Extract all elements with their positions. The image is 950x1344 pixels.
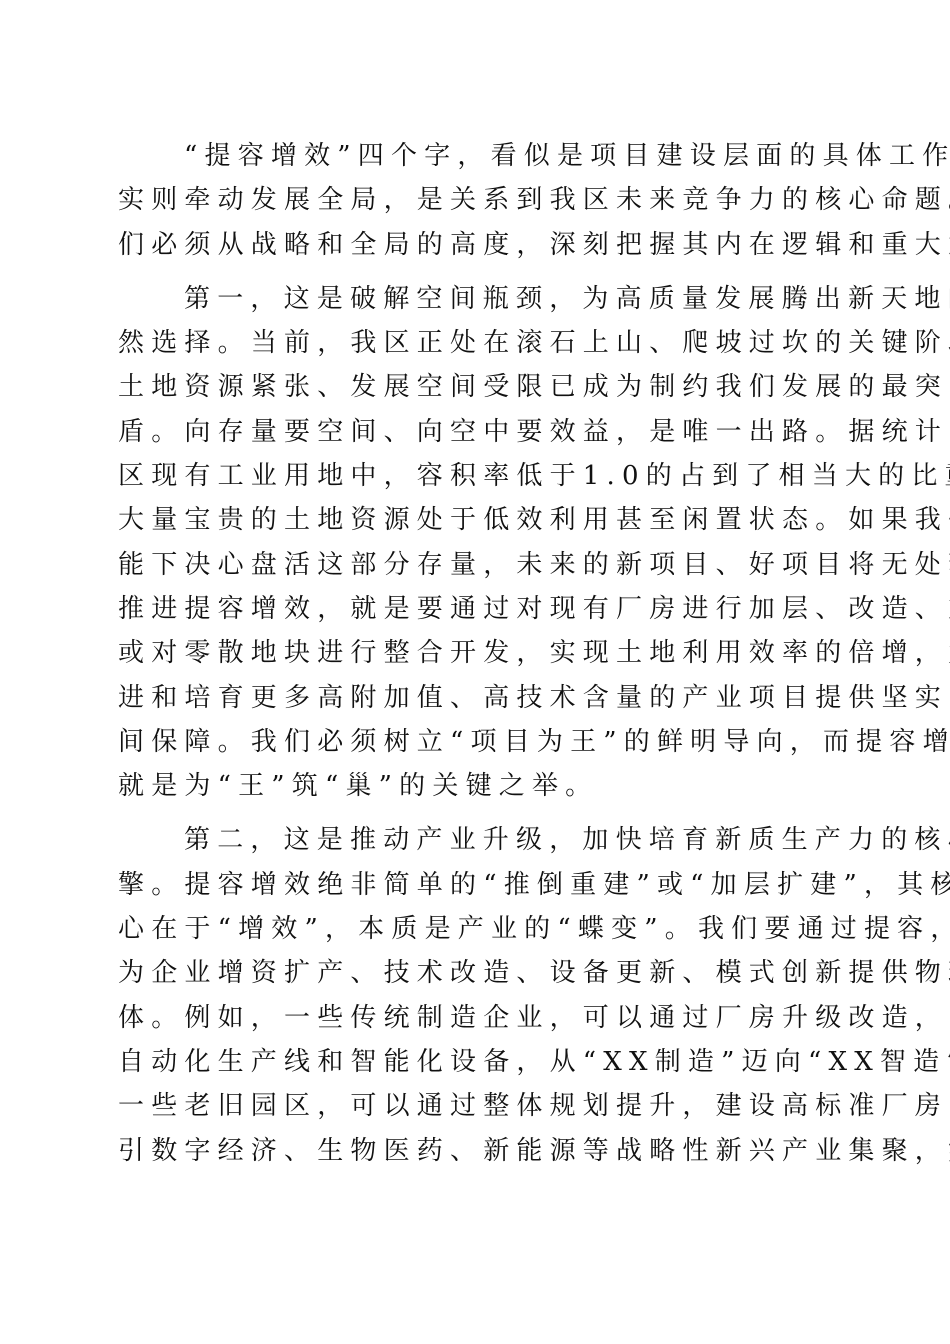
text-line: 引数字经济、生物医药、新能源等战略性新兴产业集聚，实现 bbox=[118, 1129, 824, 1173]
text-line: 区现有工业用地中，容积率低于1.0的占到了相当大的比重， bbox=[118, 454, 824, 498]
text-line: 能下决心盘活这部分存量，未来的新项目、好项目将无处落脚。 bbox=[118, 543, 824, 587]
text-line: 实则牵动发展全局，是关系到我区未来竞争力的核心命题。我 bbox=[118, 178, 824, 222]
text-line: 一些老旧园区，可以通过整体规划提升，建设高标准厂房，吸 bbox=[118, 1084, 824, 1128]
text-line: “提容增效”四个字，看似是项目建设层面的具体工作， bbox=[118, 134, 824, 178]
paragraph-intro: “提容增效”四个字，看似是项目建设层面的具体工作， 实则牵动发展全局，是关系到我… bbox=[118, 134, 824, 267]
text-line: 或对零散地块进行整合开发，实现土地利用效率的倍增，为引 bbox=[118, 631, 824, 675]
paragraph-first-point: 第一，这是破解空间瓶颈，为高质量发展腾出新天地的必 然选择。当前，我区正处在滚石… bbox=[118, 277, 824, 809]
text-line: 盾。向存量要空间、向空中要效益，是唯一出路。据统计，我 bbox=[118, 410, 824, 454]
text-line: 大量宝贵的土地资源处于低效利用甚至闲置状态。如果我们不 bbox=[118, 498, 824, 542]
text-line: 推进提容增效，就是要通过对现有厂房进行加层、改造、重建， bbox=[118, 587, 824, 631]
text-line: 心在于“增效”，本质是产业的“蝶变”。我们要通过提容， bbox=[118, 907, 824, 951]
text-line: 体。例如，一些传统制造企业，可以通过厂房升级改造，引进 bbox=[118, 996, 824, 1040]
text-line: 们必须从战略和全局的高度，深刻把握其内在逻辑和重大意义。 bbox=[118, 223, 824, 267]
text-line: 自动化生产线和智能化设备，从“XX制造”迈向“XX智造”。 bbox=[118, 1040, 824, 1084]
text-line: 进和培育更多高附加值、高技术含量的产业项目提供坚实的空 bbox=[118, 676, 824, 720]
text-line: 为企业增资扩产、技术改造、设备更新、模式创新提供物理载 bbox=[118, 951, 824, 995]
text-line: 就是为“王”筑“巢”的关键之举。 bbox=[118, 764, 824, 808]
text-line: 擎。提容增效绝非简单的“推倒重建”或“加层扩建”，其核 bbox=[118, 863, 824, 907]
text-line: 第二，这是推动产业升级，加快培育新质生产力的核心引 bbox=[118, 818, 824, 862]
paragraph-second-point: 第二，这是推动产业升级，加快培育新质生产力的核心引 擎。提容增效绝非简单的“推倒… bbox=[118, 818, 824, 1172]
text-line: 第一，这是破解空间瓶颈，为高质量发展腾出新天地的必 bbox=[118, 277, 824, 321]
document-page: “提容增效”四个字，看似是项目建设层面的具体工作， 实则牵动发展全局，是关系到我… bbox=[118, 134, 824, 1183]
text-line: 土地资源紧张、发展空间受限已成为制约我们发展的最突出矛 bbox=[118, 365, 824, 409]
text-line: 间保障。我们必须树立“项目为王”的鲜明导向，而提容增效 bbox=[118, 720, 824, 764]
text-line: 然选择。当前，我区正处在滚石上山、爬坡过坎的关键阶段， bbox=[118, 321, 824, 365]
